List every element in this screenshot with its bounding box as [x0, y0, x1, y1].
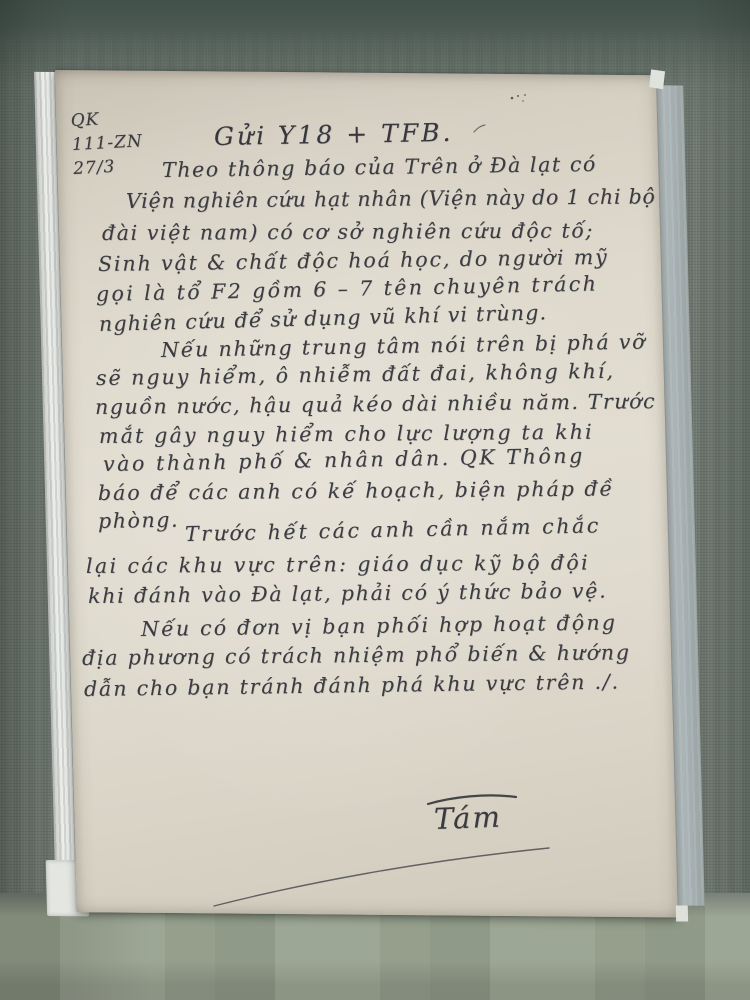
- signature: Tám: [433, 800, 502, 836]
- margin-header-line: 27/3: [73, 154, 145, 181]
- letter-heading: Gửi Y18 + TFB.: [214, 118, 454, 151]
- sleeve-bottom-right-notch: [676, 905, 688, 921]
- handwritten-line: Viện nghiên cứu hạt nhân (Viện này do 1 …: [126, 184, 656, 213]
- margin-header: QK 111-ZN 27/3: [70, 106, 145, 181]
- sleeve-top-right-notch: [649, 69, 665, 89]
- margin-header-line: 111-ZN: [71, 130, 143, 157]
- handwritten-line: đài việt nam) có cơ sở nghiên cứu độc tố…: [102, 218, 594, 245]
- photo-of-handwritten-letter: QK 111-ZN 27/3 Gửi Y18 + TFB. Theo thông…: [0, 0, 750, 1000]
- handwritten-line: lại các khu vực trên: giáo dục kỹ bộ đội: [86, 550, 590, 578]
- handwritten-line: báo để các anh có kế hoạch, biện pháp đề: [98, 476, 614, 505]
- handwritten-line: phòng.: [98, 508, 180, 533]
